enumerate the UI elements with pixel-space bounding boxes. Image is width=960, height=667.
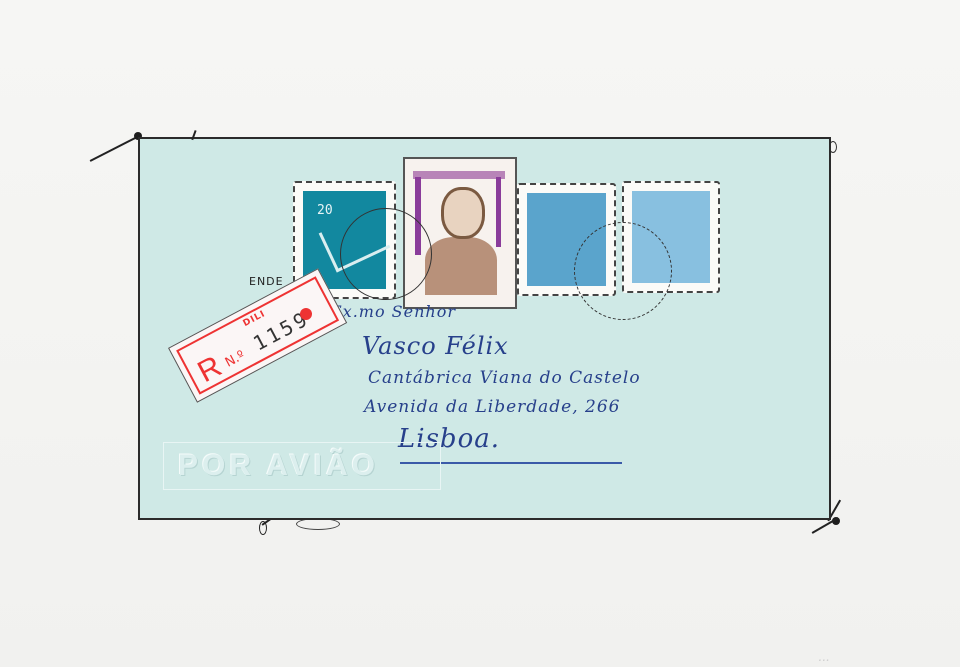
curtain-right [496, 177, 501, 247]
sender-mark: ENDE [249, 275, 284, 288]
label-knot-red [300, 308, 312, 320]
registration-letter: R [192, 350, 227, 390]
airmail-text: POR AVIÃO [178, 449, 379, 483]
address-salutation: Ex.mo Senhor [330, 302, 456, 321]
postmark-left [340, 208, 432, 300]
registration-number-prefix: N.º [223, 348, 248, 371]
address-line2: Avenida da Liberdade, 266 [364, 397, 621, 417]
postmark-right [574, 222, 672, 320]
address-name: Vasco Félix [362, 332, 509, 360]
stamp-value: 20 [317, 203, 333, 218]
artist-signature: ... [818, 650, 829, 664]
airmail-emboss: POR AVIÃO [163, 442, 441, 490]
portrait-body [425, 237, 497, 295]
portrait-head-icon [441, 187, 485, 239]
address-line1: Cantábrica Viana do Castelo [368, 368, 641, 388]
portrait-frame-top [413, 171, 505, 179]
